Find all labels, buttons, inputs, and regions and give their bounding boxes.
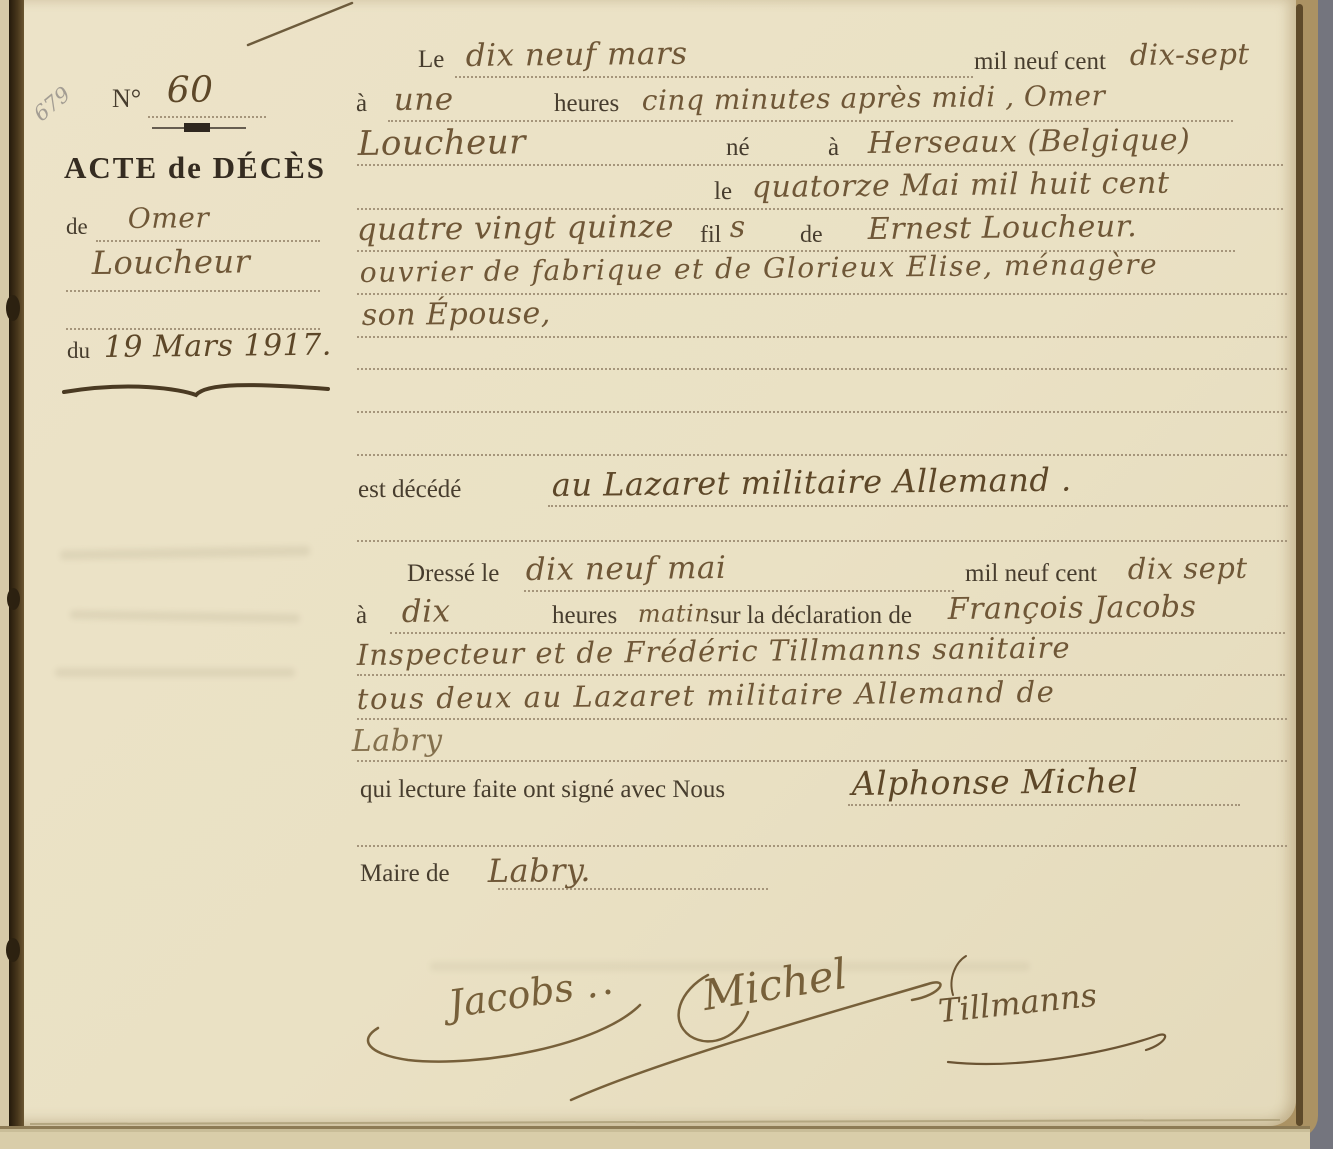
binding-nub <box>6 295 20 321</box>
binding-nub <box>7 588 20 610</box>
written-death-date: dix neuf mars <box>466 36 688 74</box>
dotted-line <box>357 336 1287 338</box>
dotted-line <box>455 76 973 78</box>
printed-est-decede: est décédé <box>358 476 461 504</box>
dotted-line <box>357 454 1287 456</box>
written-father-name: Ernest Loucheur. <box>868 209 1138 247</box>
binding-nub <box>6 938 20 962</box>
printed-declaration: sur la déclaration de <box>710 602 912 630</box>
written-surname: Loucheur <box>358 122 527 164</box>
printed-a: à <box>356 90 367 118</box>
right-page-edge-line <box>1296 4 1303 1126</box>
printed-fil: fil <box>700 222 721 249</box>
de-label: de <box>66 214 88 240</box>
du-label: du <box>67 338 90 364</box>
dotted-line <box>148 116 266 118</box>
printed-qui-lecture: qui lecture faite ont signé avec Nous <box>360 776 725 804</box>
act-date: 19 Mars 1917. <box>104 328 332 365</box>
written-record-hour: dix <box>402 593 451 630</box>
dotted-line <box>357 674 1285 676</box>
dotted-line <box>357 411 1287 413</box>
dotted-line <box>96 240 320 242</box>
dotted-line <box>357 293 1287 295</box>
left-page-sliver <box>0 0 9 1149</box>
written-birthdate-2: quatre vingt quinze <box>357 209 675 248</box>
printed-le: Le <box>418 46 444 74</box>
written-fils-s: s <box>730 210 746 245</box>
dotted-line <box>548 505 1288 507</box>
written-minutes-name: cinq minutes après midi , Omer <box>642 79 1106 117</box>
printed-mil-neuf-cent-2: mil neuf cent <box>965 560 1097 588</box>
next-page-edge <box>0 1126 1310 1149</box>
written-birthplace: Herseaux (Belgique) <box>868 123 1191 161</box>
deceased-firstname: Omer <box>128 201 210 235</box>
printed-ne: né <box>726 134 750 162</box>
printed-maire-de: Maire de <box>360 860 450 888</box>
dotted-line <box>357 540 1287 542</box>
scanned-death-certificate: { "document": { "margin_note": "679", "h… <box>0 0 1333 1149</box>
dotted-line <box>66 290 320 292</box>
printed-de2: de <box>800 222 823 249</box>
written-hour: une <box>394 81 454 118</box>
ink-bleed <box>55 668 295 677</box>
printed-a2: à <box>828 134 839 162</box>
written-record-date: dix neuf mai <box>526 550 727 588</box>
act-number-value: 60 <box>167 70 214 111</box>
printed-dresse-le: Dressé le <box>407 560 499 588</box>
act-title: ACTE de DÉCÈS <box>64 150 326 186</box>
dotted-line <box>524 590 954 592</box>
written-maire-labry: Labry. <box>488 851 592 890</box>
dotted-line <box>357 760 1287 762</box>
written-mayor-name: Alphonse Michel <box>852 761 1139 803</box>
written-death-place: au Lazaret militaire Allemand . <box>552 461 1072 504</box>
printed-mil-neuf-cent: mil neuf cent <box>974 48 1106 76</box>
printed-heures-2: heures <box>552 602 617 630</box>
act-number-label: N° <box>112 84 141 114</box>
written-matin: matin <box>638 599 711 628</box>
deceased-lastname: Loucheur <box>92 242 251 282</box>
dotted-line <box>848 804 1240 806</box>
written-labry: Labry <box>352 723 443 759</box>
written-record-year: dix sept <box>1128 551 1248 586</box>
dotted-line <box>357 845 1287 847</box>
written-year: dix-sept <box>1130 37 1250 72</box>
written-birthdate-1: quatorze Mai mil huit cent <box>752 166 1170 205</box>
dotted-line <box>357 718 1287 720</box>
dotted-line <box>357 368 1287 370</box>
printed-heures: heures <box>554 90 619 118</box>
written-declarant-1: François Jacobs <box>948 589 1197 627</box>
printed-le2: le <box>714 178 732 206</box>
printed-a3: à <box>356 602 367 630</box>
written-spouse-line: son Épouse, <box>362 296 551 333</box>
